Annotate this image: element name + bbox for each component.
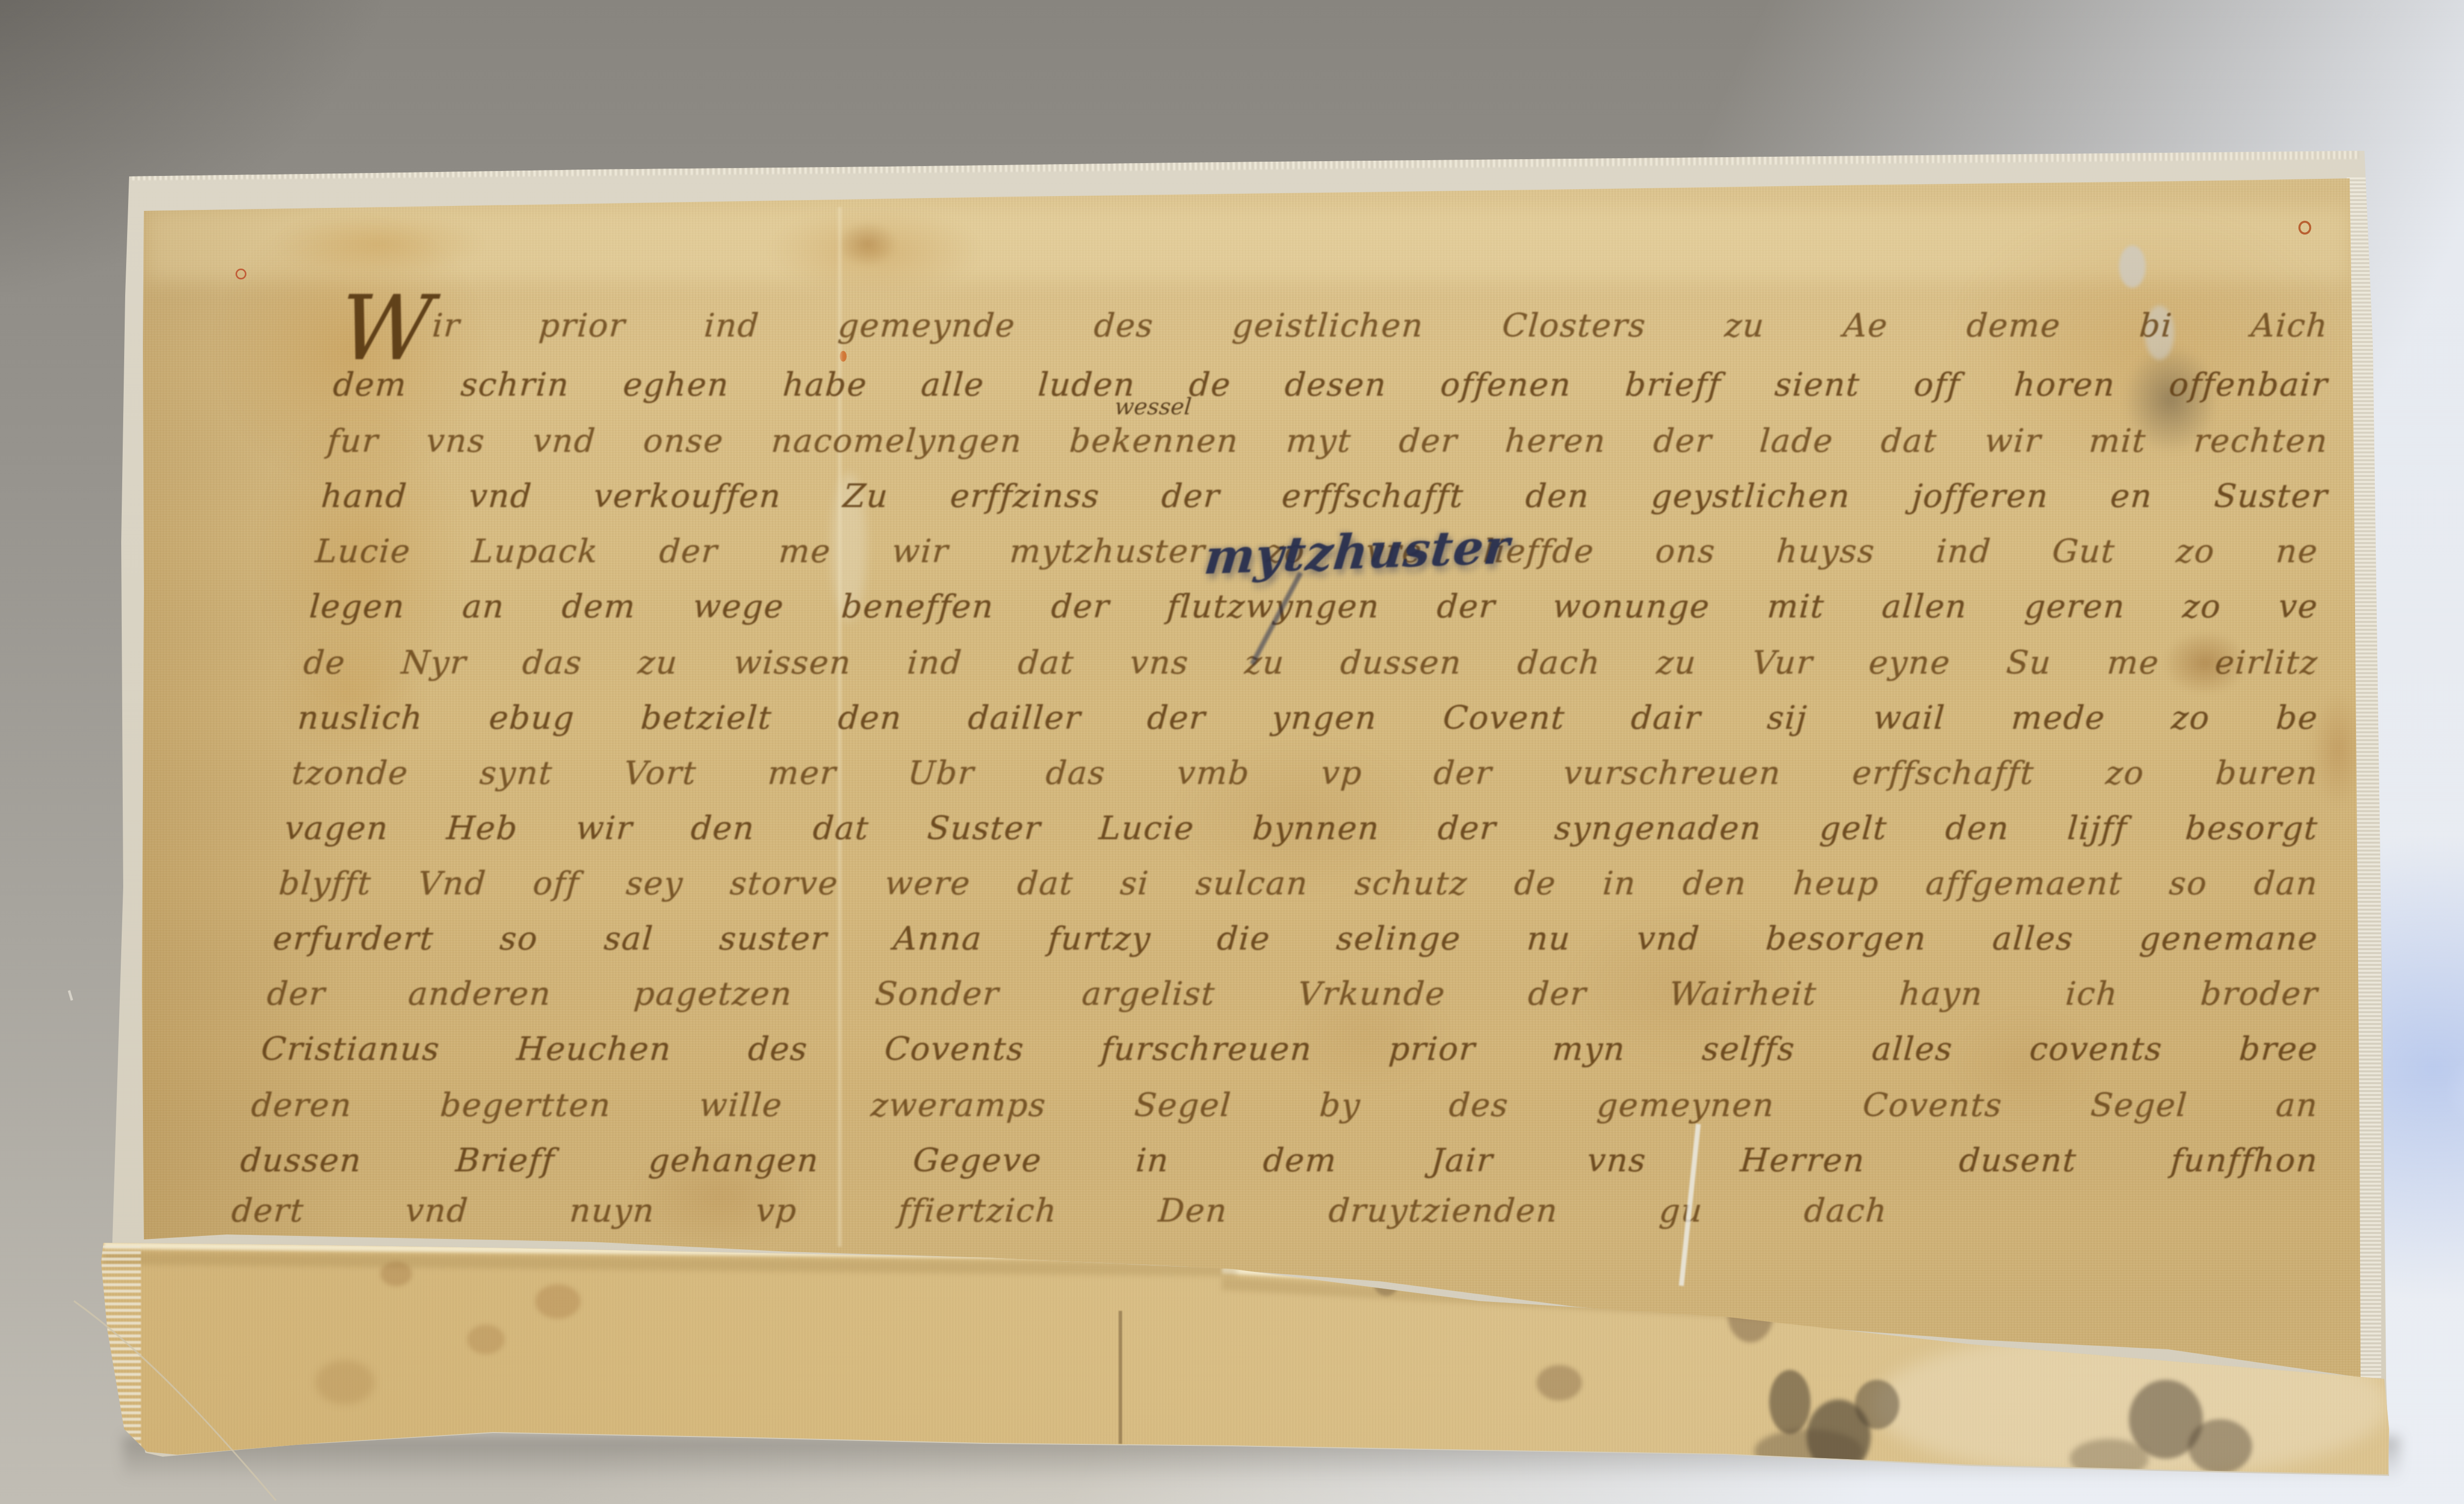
fold-crack-line	[1119, 1311, 1122, 1444]
manuscript-line: Wir prior ind gemeynde des geistlichen C…	[339, 309, 2329, 346]
fold-stain	[1769, 1370, 1811, 1434]
fold-stain	[2188, 1419, 2252, 1473]
blue-ink-annotation: mytzhuster	[1202, 519, 1512, 585]
fold-stain	[467, 1325, 505, 1354]
fold-frayed-left-edge	[102, 1246, 141, 1453]
manuscript-line: dert vnd nuyn vp ffiertzich Den druytzie…	[231, 1195, 1889, 1227]
fold-stain	[535, 1284, 581, 1319]
manuscript-line: erfurdert so sal suster Anna furtzy die …	[272, 923, 2320, 955]
manuscript-line: legen an dem wege beneffen der flutzwyng…	[308, 590, 2320, 623]
manuscript-line: de Nyr das zu wissen ind dat vns zu duss…	[303, 647, 2320, 679]
manuscript-line: tzonde synt Vort mer Ubr das vmb vp der …	[291, 757, 2320, 789]
fold-stain	[1855, 1380, 1899, 1429]
manuscript-line: fur vns vnd onse nacomelyngen bekennen m…	[326, 425, 2329, 457]
decorated-initial: W	[337, 276, 436, 380]
interlinear-insertion: wessel	[1114, 393, 1193, 420]
manuscript-line: nuslich ebug betzielt den dailler der yn…	[297, 702, 2320, 734]
fold-stain	[315, 1360, 375, 1404]
manuscript-line: dussen Brieff gehangen Gegeve in dem Jai…	[240, 1144, 2320, 1177]
manuscript-line: Cristianus Heuchen des Covents furschreu…	[260, 1033, 2320, 1065]
fold-stain	[1537, 1365, 1582, 1401]
manuscript-line: vagen Heb wir den dat Suster Lucie bynne…	[284, 812, 2320, 845]
cloth-frayed-top-edge	[132, 144, 2360, 180]
photo-backdrop: Wir prior ind gemeynde des geistlichen C…	[0, 0, 2464, 1504]
manuscript-line: blyfft Vnd off sey storve were dat si su…	[278, 867, 2320, 900]
manuscript-line: dem schrin eghen habe alle luden de dese…	[332, 369, 2329, 401]
manuscript-line: deren begertten wille zweramps Segel by …	[250, 1089, 2320, 1122]
manuscript-line: der anderen pagetzen Sonder argelist Vrk…	[266, 978, 2320, 1010]
manuscript-line: hand vnd verkouffen Zu erffzinss der erf…	[320, 480, 2329, 513]
fold-stain	[380, 1262, 412, 1286]
